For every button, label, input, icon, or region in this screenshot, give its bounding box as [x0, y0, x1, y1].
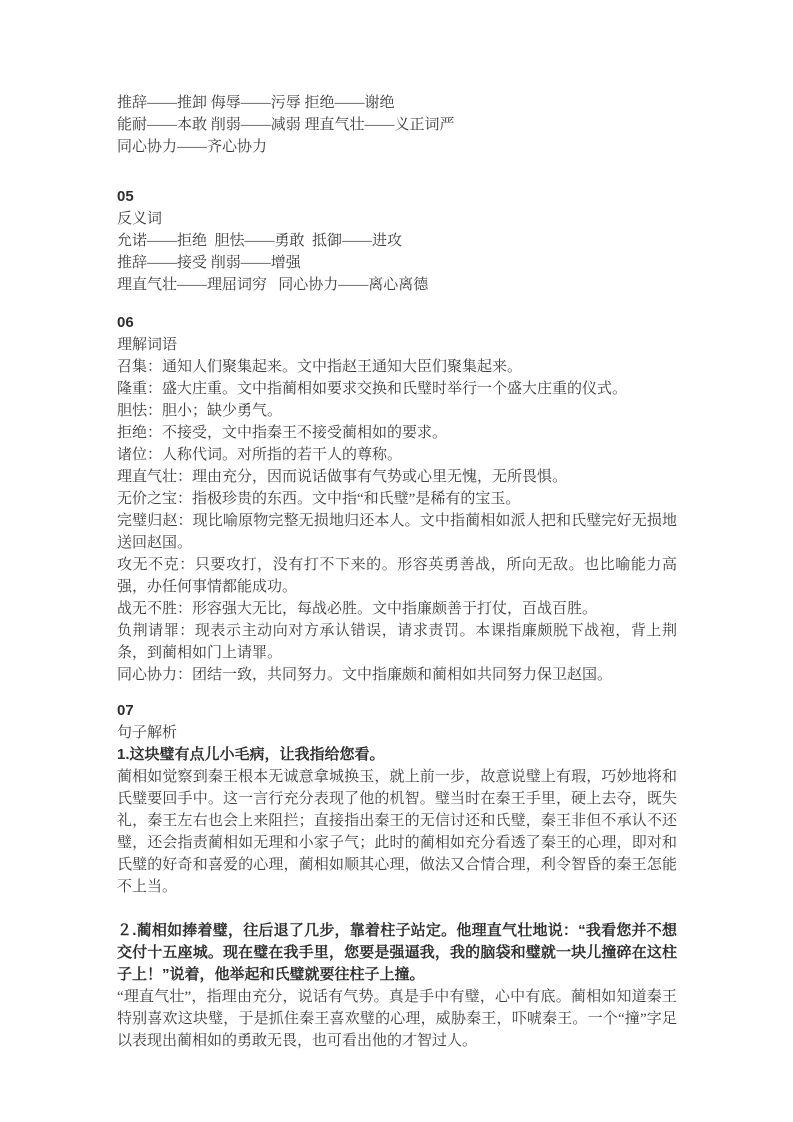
- sentence-analysis-1: 蔺相如觉察到秦王根本无诚意拿城换玉，就上前一步，故意说璧上有瑕，巧妙地将和氏璧要…: [117, 766, 677, 898]
- word-entry: 理直气壮：理由充分，因而说话做事有气势或心里无愧，无所畏惧。: [117, 466, 677, 488]
- synonym-line: 推辞——推卸 侮辱——污辱 拒绝——谢绝: [117, 92, 677, 114]
- analyzed-sentence-2: ２.蔺相如捧着璧，往后退了几步，靠着柱子站定。他理直气壮地说：“我看您并不想交付…: [117, 920, 677, 986]
- word-entry: 胆怯：胆小；缺少勇气。: [117, 400, 677, 422]
- section-title: 句子解析: [117, 722, 677, 744]
- word-entry: 战无不胜：形容强大无比，每战必胜。文中指廉颇善于打仗，百战百胜。: [117, 598, 677, 620]
- section-sentence-analysis: 07 句子解析 1.这块璧有点儿小毛病，让我指给您看。 蔺相如觉察到秦王根本无诚…: [117, 700, 677, 1052]
- antonym-line: 推辞——接受 削弱——增强: [117, 252, 677, 274]
- word-entry: 无价之宝：指极珍贵的东西。文中指“和氏璧”是稀有的宝玉。: [117, 488, 677, 510]
- section-title: 理解词语: [117, 334, 677, 356]
- section-number: 06: [117, 312, 677, 334]
- word-entry: 隆重：盛大庄重。文中指蔺相如要求交换和氏璧时举行一个盛大庄重的仪式。: [117, 378, 677, 400]
- section-title: 反义词: [117, 208, 677, 230]
- word-entry: 同心协力：团结一致，共同努力。文中指廉颇和蔺相如共同努力保卫赵国。: [117, 664, 677, 686]
- word-entry: 完璧归赵：现比喻原物完整无损地归还本人。文中指蔺相如派人把和氏璧完好无损地送回赵…: [117, 510, 677, 554]
- antonym-line: 理直气壮——理屈词穷 同心协力——离心离德: [117, 274, 677, 296]
- word-entry: 召集：通知人们聚集起来。文中指赵王通知大臣们聚集起来。: [117, 356, 677, 378]
- antonym-line: 允诺——拒绝 胆怯——勇敢 抵御——进攻: [117, 230, 677, 252]
- word-entry: 负荆请罪：现表示主动向对方承认错误，请求责罚。本课指廉颇脱下战袍，背上荆条，到蔺…: [117, 620, 677, 664]
- section-number: 07: [117, 700, 677, 722]
- synonym-line: 同心协力——齐心协力: [117, 136, 677, 158]
- word-entry: 攻无不克：只要攻打，没有打不下来的。形容英勇善战，所向无敌。也比喻能力高强，办任…: [117, 554, 677, 598]
- section-number: 05: [117, 186, 677, 208]
- section-antonyms: 05 反义词 允诺——拒绝 胆怯——勇敢 抵御——进攻 推辞——接受 削弱——增…: [117, 186, 677, 296]
- synonym-line: 能耐——本敢 削弱——减弱 理直气壮——义正词严: [117, 114, 677, 136]
- section-synonyms-continued: 推辞——推卸 侮辱——污辱 拒绝——谢绝 能耐——本敢 削弱——减弱 理直气壮—…: [117, 92, 677, 158]
- analyzed-sentence-1: 1.这块璧有点儿小毛病，让我指给您看。: [117, 744, 677, 766]
- sentence-analysis-2: “理直气壮”，指理由充分，说话有气势。真是手中有璧，心中有底。蔺相如知道秦王特别…: [117, 986, 677, 1052]
- word-entry: 诸位：人称代词。对所指的若干人的尊称。: [117, 444, 677, 466]
- section-word-meanings: 06 理解词语 召集：通知人们聚集起来。文中指赵王通知大臣们聚集起来。 隆重：盛…: [117, 312, 677, 686]
- word-entry: 拒绝：不接受，文中指秦王不接受蔺相如的要求。: [117, 422, 677, 444]
- document-page: 推辞——推卸 侮辱——污辱 拒绝——谢绝 能耐——本敢 削弱——减弱 理直气壮—…: [0, 0, 793, 1122]
